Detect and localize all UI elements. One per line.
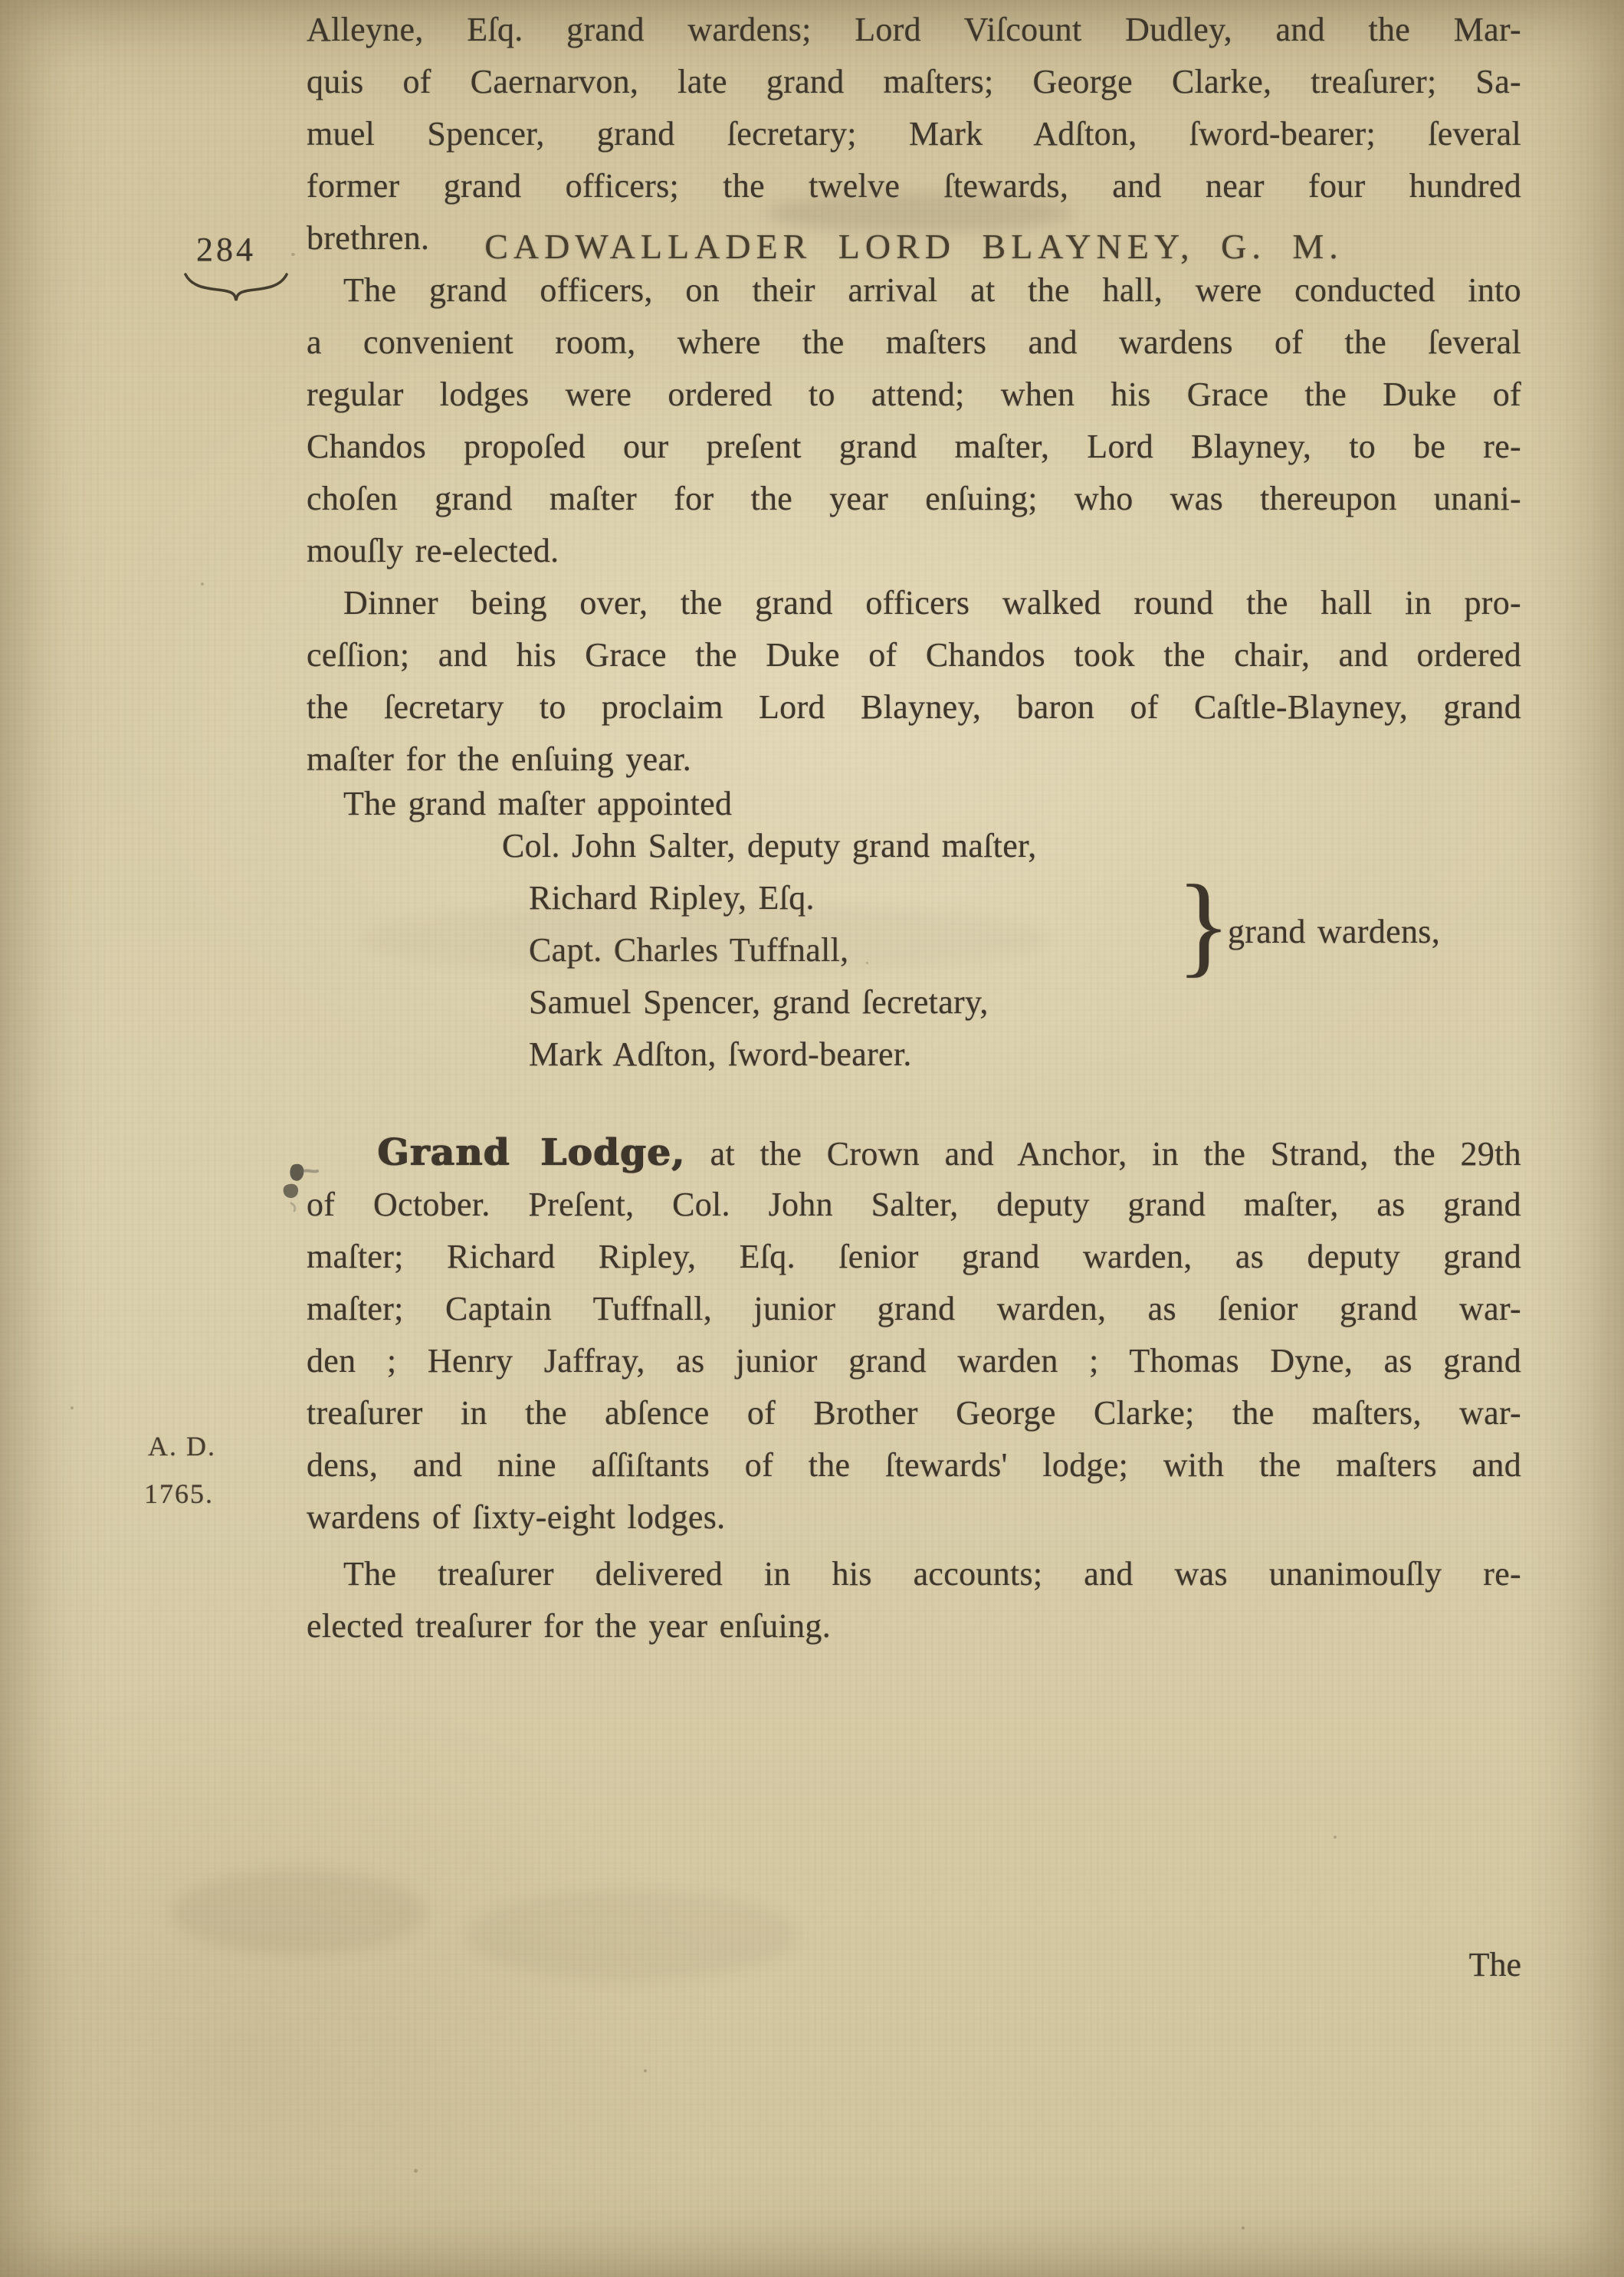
text-line: brethren. bbox=[307, 212, 1521, 264]
marginal-note-era: A. D. bbox=[148, 1430, 216, 1462]
text-line: maſter; Richard Ripley, Eſq. ſenior gran… bbox=[307, 1231, 1521, 1283]
appointments-list: Col. John Salter, deputy grand maſter, R… bbox=[529, 820, 1525, 1081]
ink-blot bbox=[276, 1159, 330, 1232]
text-line: ceſſion; and his Grace the Duke of Chand… bbox=[307, 629, 1521, 681]
showthrough-smudge bbox=[172, 1870, 425, 1954]
page-number-underbrace bbox=[182, 270, 290, 306]
text-line: former grand officers; the twelve ſtewar… bbox=[307, 160, 1521, 212]
text-line: The grand officers, on their arrival at … bbox=[307, 264, 1521, 317]
paper-speck bbox=[201, 582, 204, 586]
paper-speck bbox=[414, 2169, 418, 2173]
list-item: Col. John Salter, deputy grand maſter, bbox=[502, 820, 1525, 872]
text-line: Alleyne, Eſq. grand wardens; Lord Viſcou… bbox=[307, 4, 1521, 56]
marginal-note-year: 1765. bbox=[144, 1478, 214, 1510]
book-page-scan: CADWALLADER LORD BLAYNEY, G. M. 284 A. D… bbox=[0, 0, 1624, 2277]
text-line: dens, and nine aſſiſtants of the ſteward… bbox=[307, 1439, 1521, 1491]
text-line: wardens of ſixty-eight lodges. bbox=[307, 1491, 1521, 1544]
paper-speck bbox=[644, 2069, 647, 2072]
text-line: treaſurer in the abſence of Brother Geor… bbox=[307, 1387, 1521, 1439]
paragraph-continuation: Alleyne, Eſq. grand wardens; Lord Viſcou… bbox=[307, 4, 1521, 264]
brace-label: grand wardens, bbox=[1228, 906, 1440, 958]
text-line: choſen grand maſter for the year enſuing… bbox=[307, 473, 1521, 525]
text-line: at the Crown and Anchor, in the Strand, … bbox=[685, 1135, 1521, 1173]
text-line: den ; Henry Jaffray, as junior grand war… bbox=[307, 1335, 1521, 1387]
showthrough-smudge bbox=[468, 1889, 797, 1981]
paper-speck bbox=[71, 1406, 74, 1409]
paper-speck bbox=[1242, 2226, 1245, 2229]
list-item: Samuel Spencer, grand ſecretary, bbox=[529, 976, 1525, 1029]
paper-speck bbox=[1334, 1836, 1337, 1839]
text-line: Dinner being over, the grand officers wa… bbox=[307, 577, 1521, 629]
paper-speck bbox=[291, 253, 295, 256]
right-curly-brace: } bbox=[1176, 868, 1231, 983]
list-item: Mark Adſton, ſword-bearer. bbox=[529, 1029, 1525, 1081]
catchword: The bbox=[1364, 1945, 1521, 1984]
paragraph-dinner: Dinner being over, the grand officers wa… bbox=[307, 577, 1521, 786]
text-line: a convenient room, where the maſters and… bbox=[307, 317, 1521, 369]
text-line: quis of Caernarvon, late grand maſters; … bbox=[307, 56, 1521, 108]
paragraph-grand-officers: The grand officers, on their arrival at … bbox=[307, 264, 1521, 577]
text-line: the ſecretary to proclaim Lord Blayney, … bbox=[307, 681, 1521, 733]
text-line: of October. Preſent, Col. John Salter, d… bbox=[307, 1179, 1521, 1231]
text-line: elected treaſurer for the year enſuing. bbox=[307, 1600, 1521, 1652]
paragraph-treasurer: The treaſurer delivered in his accounts;… bbox=[307, 1548, 1521, 1652]
section-lead-blackletter: Grand Lodge, bbox=[377, 1131, 685, 1174]
text-line: The treaſurer delivered in his accounts;… bbox=[307, 1548, 1521, 1600]
page-number: 284 bbox=[196, 230, 256, 269]
text-line: muel Spencer, grand ſecretary; Mark Adſt… bbox=[307, 108, 1521, 160]
paragraph-grand-lodge: Grand Lodge, at the Crown and Anchor, in… bbox=[307, 1127, 1521, 1544]
text-line: mouſly re-elected. bbox=[307, 525, 1521, 577]
text-line: regular lodges were ordered to attend; w… bbox=[307, 369, 1521, 421]
text-line: maſter; Captain Tuffnall, junior grand w… bbox=[307, 1283, 1521, 1335]
text-line: Chandos propoſed our preſent grand maſte… bbox=[307, 421, 1521, 473]
